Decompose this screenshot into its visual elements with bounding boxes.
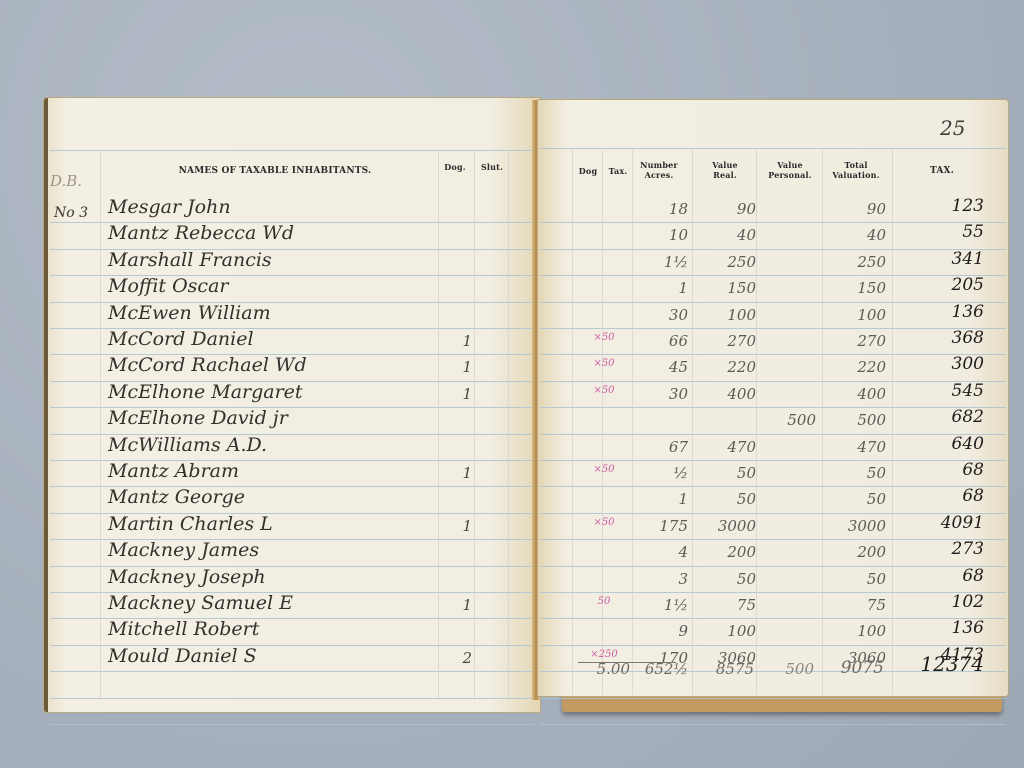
acres-cell: 3 — [634, 570, 688, 588]
dog-tax-cell: 50 — [578, 596, 630, 607]
ruled-line — [540, 148, 1006, 149]
total-valuation-cell: 90 — [830, 200, 886, 218]
acres-cell: 175 — [634, 517, 688, 535]
taxpayer-name: Mackney James — [108, 539, 259, 561]
acres-cell: 66 — [634, 332, 688, 350]
total-valuation-cell: 75 — [830, 596, 886, 614]
total-valuation-cell: 50 — [830, 464, 886, 482]
value-real-cell: 200 — [700, 543, 756, 561]
total-valuation-cell: 50 — [830, 490, 886, 508]
value-real-cell: 3000 — [700, 517, 756, 535]
total-dog-tax: 5.00 — [590, 660, 630, 678]
acres-cell: 9 — [634, 622, 688, 640]
tax-cell: 341 — [900, 249, 984, 269]
header-slut: Slut. — [477, 162, 507, 172]
taxpayer-name: Martin Charles L — [108, 513, 273, 535]
value-real-cell: 270 — [700, 332, 756, 350]
column-line — [100, 150, 101, 700]
ruled-line — [50, 724, 534, 725]
header-total-valuation: Total Valuation. — [828, 160, 884, 180]
header-names: NAMES OF TAXABLE INHABITANTS. — [150, 166, 400, 176]
dog-tax-cell: ×250 — [578, 649, 630, 660]
taxpayer-name: Mesgar John — [108, 196, 231, 218]
acres-cell: 4 — [634, 543, 688, 561]
total-valuation-cell: 250 — [830, 253, 886, 271]
dog-tax-cell: ×50 — [578, 464, 630, 475]
tax-cell: 136 — [900, 302, 984, 322]
tax-cell: 205 — [900, 275, 984, 295]
taxpayer-name: McEwen William — [108, 302, 271, 324]
ruled-line — [540, 698, 1006, 699]
taxpayer-name: Mantz Abram — [108, 460, 239, 482]
total-personal: 500 — [770, 660, 814, 678]
ruled-line — [50, 698, 534, 699]
column-line — [474, 150, 475, 700]
total-valuation-cell: 40 — [830, 226, 886, 244]
acres-cell: 10 — [634, 226, 688, 244]
value-real-cell: 75 — [700, 596, 756, 614]
taxpayer-name: McElhone Margaret — [108, 381, 303, 403]
acres-cell: 45 — [634, 358, 688, 376]
ruled-line — [50, 671, 534, 672]
dog-count: 1 — [452, 596, 472, 614]
value-real-cell: 50 — [700, 490, 756, 508]
dog-tax-cell: ×50 — [578, 358, 630, 369]
taxpayer-name: Mould Daniel S — [108, 645, 257, 667]
tax-cell: 136 — [900, 618, 984, 638]
total-tax: 12374 — [900, 652, 984, 676]
total-valuation-cell: 470 — [830, 438, 886, 456]
tax-cell: 545 — [900, 381, 984, 401]
tax-cell: 102 — [900, 592, 984, 612]
tax-cell: 68 — [900, 486, 984, 506]
value-real-cell: 90 — [700, 200, 756, 218]
ruled-line — [50, 150, 534, 151]
dog-tax-cell: ×50 — [578, 385, 630, 396]
dog-count: 1 — [452, 332, 472, 350]
page-number: 25 — [940, 116, 965, 140]
total-real: 8575 — [700, 660, 754, 678]
dog-count: 1 — [452, 358, 472, 376]
total-valuation-cell: 200 — [830, 543, 886, 561]
value-personal-cell: 500 — [762, 411, 816, 429]
tax-cell: 68 — [900, 460, 984, 480]
column-line — [508, 150, 509, 700]
acres-cell: 1½ — [634, 253, 688, 271]
total-valuation-cell: 100 — [830, 622, 886, 640]
column-line — [602, 150, 603, 695]
header-dog-right: Dog — [574, 166, 602, 176]
total-valuation-cell: 100 — [830, 306, 886, 324]
acres-cell: 1½ — [634, 596, 688, 614]
tax-cell: 4091 — [900, 513, 984, 533]
header-value-real: Value Real. — [700, 160, 750, 180]
acres-cell: 1 — [634, 490, 688, 508]
value-real-cell: 470 — [700, 438, 756, 456]
header-dog-left: Dog. — [440, 162, 470, 172]
column-line — [632, 150, 633, 695]
total-valuation-cell: 3000 — [830, 517, 886, 535]
taxpayer-name: Mackney Samuel E — [108, 592, 293, 614]
value-real-cell: 100 — [700, 622, 756, 640]
tax-cell: 55 — [900, 222, 984, 242]
taxpayer-name: McCord Daniel — [108, 328, 254, 350]
header-dog-tax: Tax. — [603, 166, 633, 176]
acres-cell: ½ — [634, 464, 688, 482]
taxpayer-name: McElhone David jr — [108, 407, 288, 429]
total-valuation-cell: 150 — [830, 279, 886, 297]
header-tax: TAX. — [920, 166, 964, 176]
acres-cell: 30 — [634, 385, 688, 403]
taxpayer-name: Moffit Oscar — [108, 275, 229, 297]
taxpayer-name: Mantz Rebecca Wd — [108, 222, 294, 244]
dog-count: 1 — [452, 385, 472, 403]
column-line — [692, 150, 693, 695]
column-line — [572, 150, 573, 695]
ruled-line — [540, 724, 1006, 725]
total-acres: 652½ — [640, 660, 688, 678]
acres-cell: 67 — [634, 438, 688, 456]
taxpayer-name: McWilliams A.D. — [108, 434, 267, 456]
dog-count: 1 — [452, 517, 472, 535]
taxpayer-name: Mantz George — [108, 486, 245, 508]
value-real-cell: 100 — [700, 306, 756, 324]
column-line — [822, 150, 823, 695]
total-valuation-cell: 270 — [830, 332, 886, 350]
total-valuation-cell: 50 — [830, 570, 886, 588]
tax-cell: 640 — [900, 434, 984, 454]
open-ledger-book: NAMES OF TAXABLE INHABITANTS. Dog. Slut.… — [0, 0, 1024, 768]
value-real-cell: 50 — [700, 464, 756, 482]
total-valuation: 9075 — [836, 658, 884, 678]
tax-cell: 682 — [900, 407, 984, 427]
margin-note-db: D.B. — [50, 172, 82, 190]
value-real-cell: 40 — [700, 226, 756, 244]
acres-cell: 18 — [634, 200, 688, 218]
total-valuation-cell: 220 — [830, 358, 886, 376]
dog-count: 1 — [452, 464, 472, 482]
header-acres: Number Acres. — [634, 160, 684, 180]
taxpayer-name: Marshall Francis — [108, 249, 272, 271]
taxpayer-name: Mackney Joseph — [108, 566, 266, 588]
taxpayer-name: Mitchell Robert — [108, 618, 259, 640]
column-line — [756, 150, 757, 695]
value-real-cell: 250 — [700, 253, 756, 271]
header-value-personal: Value Personal. — [762, 160, 818, 180]
total-valuation-cell: 500 — [830, 411, 886, 429]
column-line — [438, 150, 439, 700]
total-valuation-cell: 400 — [830, 385, 886, 403]
acres-cell: 30 — [634, 306, 688, 324]
value-real-cell: 150 — [700, 279, 756, 297]
tax-cell: 300 — [900, 354, 984, 374]
dog-count: 2 — [452, 649, 472, 667]
tax-cell: 273 — [900, 539, 984, 559]
tax-cell: 68 — [900, 566, 984, 586]
value-real-cell: 400 — [700, 385, 756, 403]
dog-tax-cell: ×50 — [578, 332, 630, 343]
tax-cell: 123 — [900, 196, 984, 216]
dog-tax-cell: ×50 — [578, 517, 630, 528]
tax-cell: 368 — [900, 328, 984, 348]
acres-cell: 1 — [634, 279, 688, 297]
column-line — [892, 150, 893, 695]
taxpayer-name: McCord Rachael Wd — [108, 354, 307, 376]
margin-note-no3: No 3 — [54, 205, 88, 221]
value-real-cell: 220 — [700, 358, 756, 376]
value-real-cell: 50 — [700, 570, 756, 588]
